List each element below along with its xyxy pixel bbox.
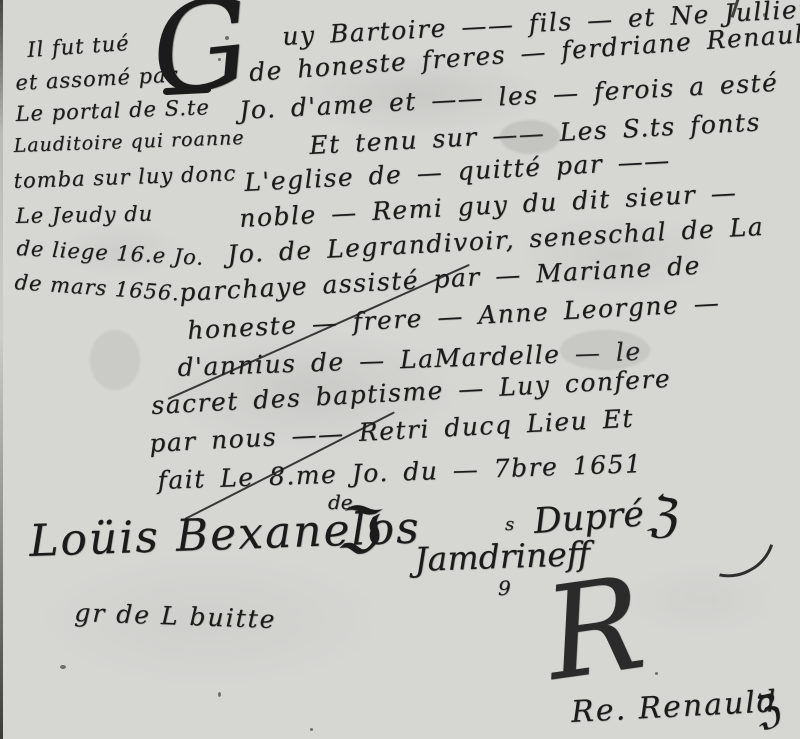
scan-left-edge-shadow <box>0 0 3 739</box>
signature-jamdrineff-mark-bottom: 9 <box>498 578 511 598</box>
ink-speck <box>218 58 221 61</box>
margin-line: Lauditoire qui roanne <box>13 129 245 156</box>
ink-speck <box>60 665 66 669</box>
signature-louis: Loüis Bexanelos <box>28 506 421 564</box>
manuscript-page: Il fut tué et assomé par Le portal de S.… <box>0 0 800 739</box>
paraph-flourish-icon: ℨ <box>753 688 784 732</box>
ink-smudge <box>500 120 560 154</box>
margin-line: Il fut tué <box>27 33 131 61</box>
signature-jamdrineff-mark-top: s <box>505 516 514 534</box>
body-line: fait Le 8.me Jo. du — 7bre 1651 <box>157 451 643 493</box>
signature-grand-initial-R: R <box>538 560 651 700</box>
margin-line: de mars 1656. <box>14 272 181 305</box>
margin-line: de liege 16.e Jo. <box>16 238 205 269</box>
ink-speck <box>310 728 313 731</box>
ink-smudge <box>90 330 140 390</box>
ink-smudge <box>560 330 650 370</box>
margin-line: tomba sur luy donc <box>13 163 236 192</box>
ink-speck <box>655 672 658 675</box>
paraph-arc <box>677 484 789 593</box>
signature-dupre: Dupré <box>533 497 646 540</box>
ink-speck <box>225 36 229 40</box>
ink-speck <box>763 13 767 17</box>
margin-line: Le Jeudy du <box>16 204 154 227</box>
ink-speck <box>218 692 221 697</box>
paraph-flourish-icon: ℨ <box>645 489 684 542</box>
signature-renauld: Re. Renauld <box>570 687 778 728</box>
ink-speck <box>232 46 235 49</box>
signature-louis-title: gr de L buitte <box>74 600 277 632</box>
